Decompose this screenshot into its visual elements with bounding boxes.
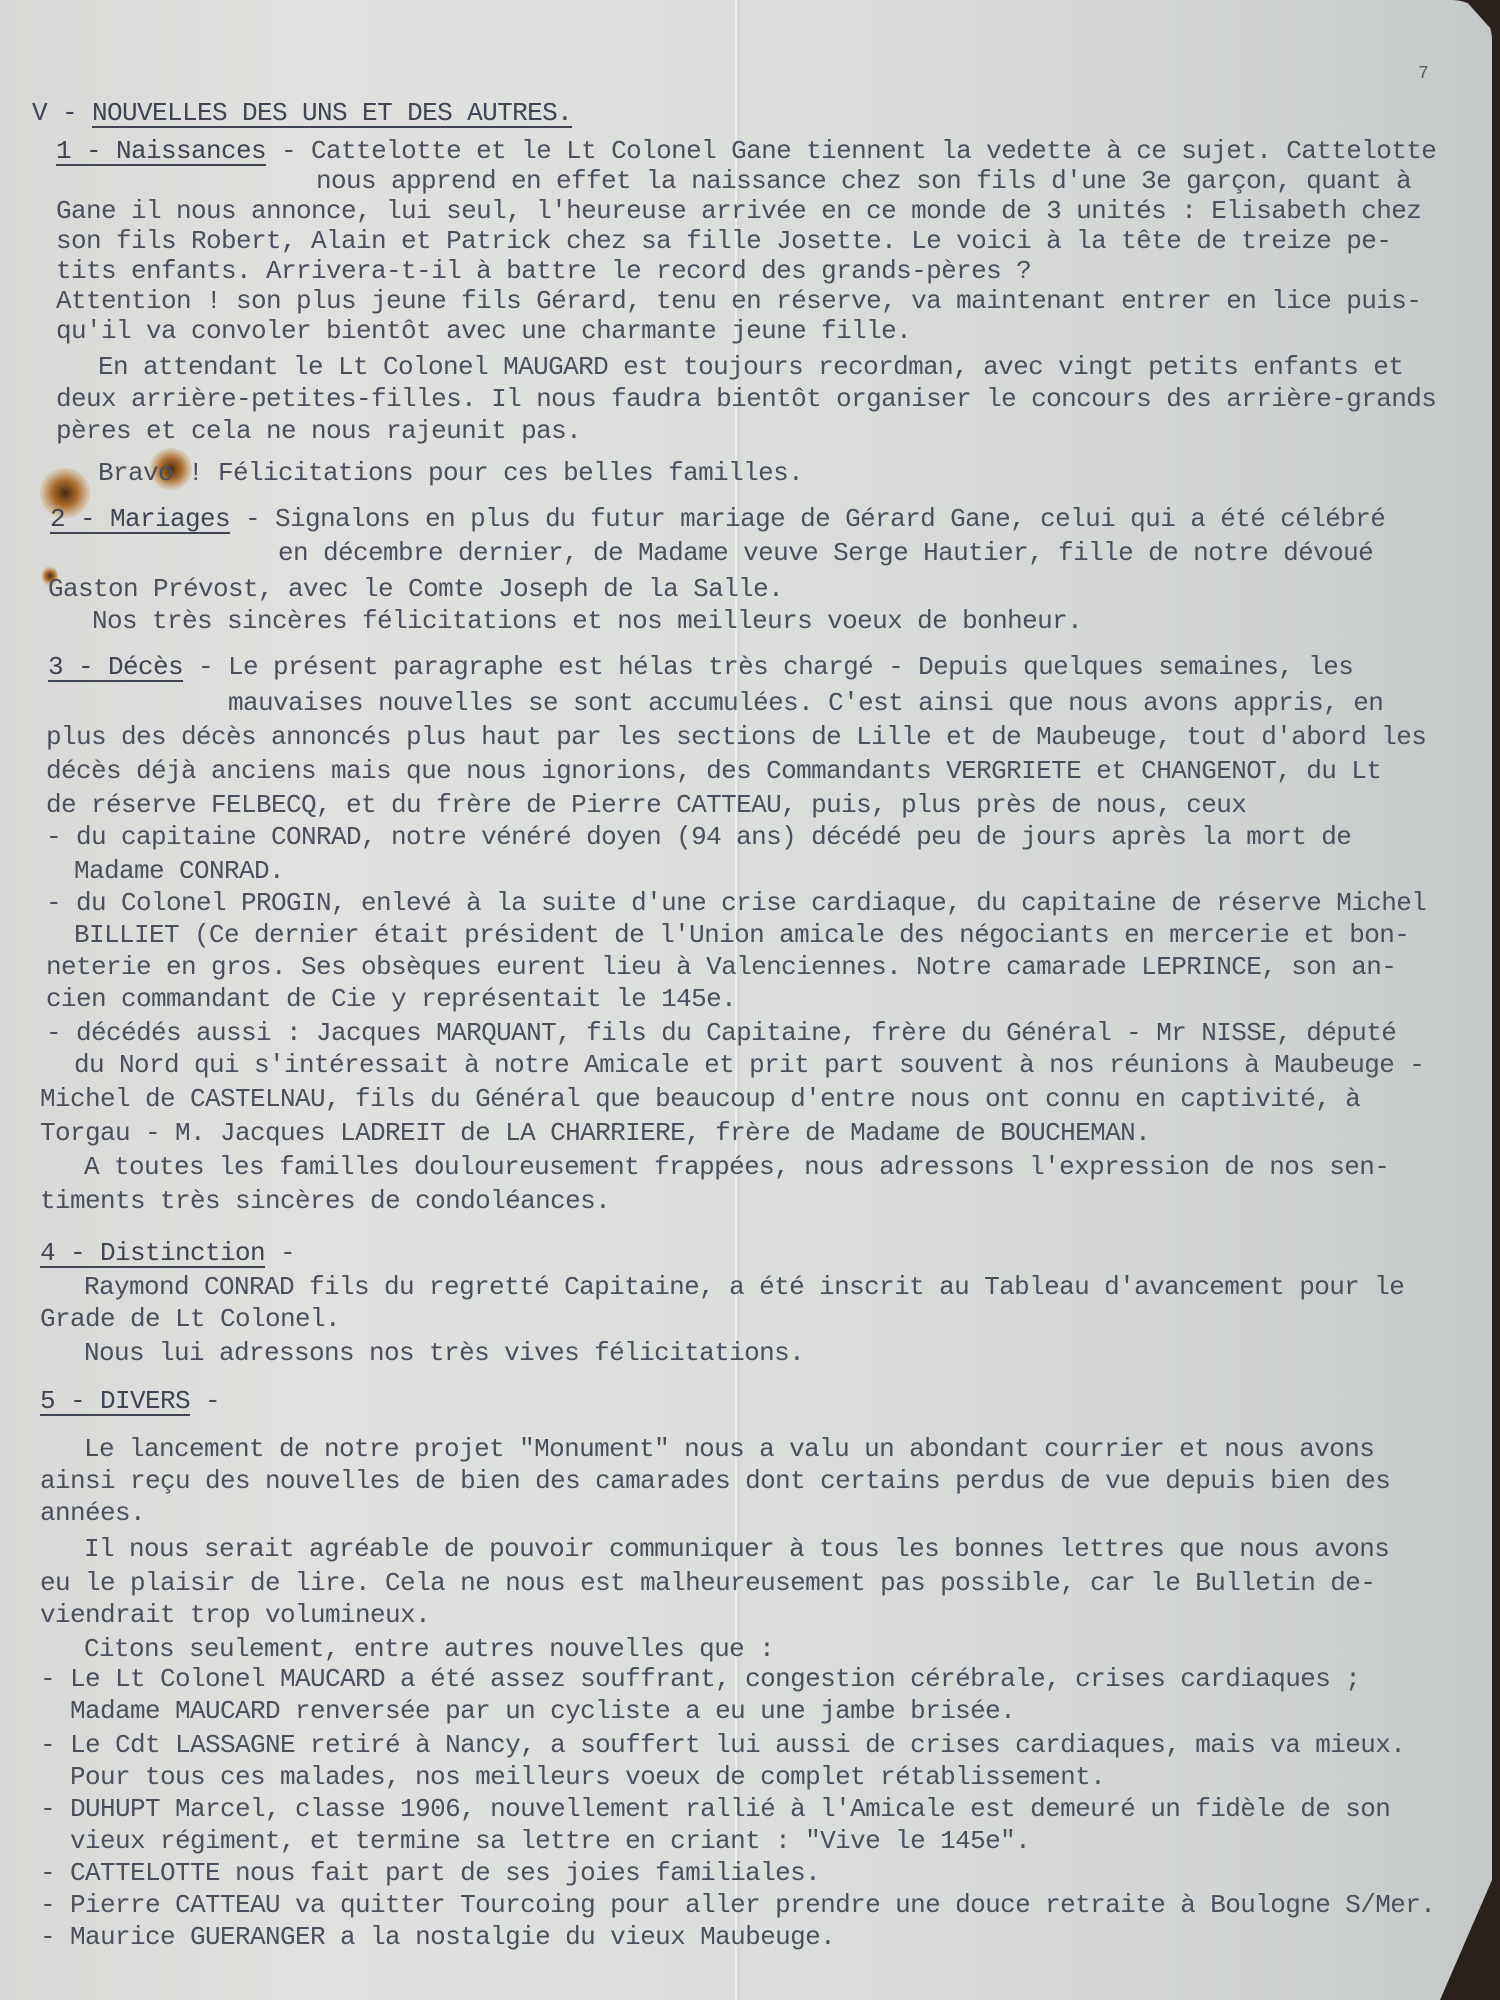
paragraph-line: tits enfants. Arrivera-t-il à battre le … [56, 256, 1031, 286]
paragraph-line: viendrait trop volumineux. [40, 1600, 430, 1630]
paragraph-line: 3 - Décès - Le présent paragraphe est hé… [48, 652, 1353, 682]
paragraph-line: Gaston Prévost, avec le Comte Joseph de … [48, 574, 783, 604]
paragraph-line: - Le Lt Colonel MAUCARD a été assez souf… [40, 1664, 1360, 1694]
paragraph-line: Nos très sincères félicitations et nos m… [92, 606, 1082, 636]
paragraph-line: 5 - DIVERS - [40, 1386, 220, 1416]
paragraph-line: Nous lui adressons nos très vives félici… [84, 1338, 804, 1368]
paragraph-line: deux arrière-petites-filles. Il nous fau… [56, 384, 1436, 414]
paragraph-line: - Pierre CATTEAU va quitter Tourcoing po… [40, 1890, 1435, 1920]
paragraph-line: Madame CONRAD. [74, 856, 284, 886]
paragraph-line: années. [40, 1498, 145, 1528]
heading-mariages: 2 - Mariages [50, 504, 230, 534]
paragraph-line: pères et cela ne nous rajeunit pas. [56, 416, 581, 446]
paragraph-line: - du Colonel PROGIN, enlevé à la suite d… [46, 888, 1426, 918]
paragraph-line: - du capitaine CONRAD, notre vénéré doye… [46, 822, 1351, 852]
paragraph-line: 1 - Naissances - Cattelotte et le Lt Col… [56, 136, 1436, 166]
paragraph-line: eu le plaisir de lire. Cela ne nous est … [40, 1568, 1375, 1598]
paragraph-line: Pour tous ces malades, nos meilleurs voe… [70, 1762, 1105, 1792]
heading-deces: 3 - Décès [48, 652, 183, 682]
paragraph-line: BILLIET (Ce dernier était président de l… [74, 920, 1409, 950]
paragraph-line: nous apprend en effet la naissance chez … [316, 166, 1411, 196]
paragraph-line: En attendant le Lt Colonel MAUGARD est t… [98, 352, 1403, 382]
paragraph-line: Citons seulement, entre autres nouvelles… [84, 1634, 774, 1664]
paragraph-line: - CATTELOTTE nous fait part de ses joies… [40, 1858, 820, 1888]
paragraph-line: décès déjà anciens mais que nous ignorio… [46, 756, 1381, 786]
paragraph-line: 2 - Mariages - Signalons en plus du futu… [50, 504, 1385, 534]
paragraph-line: ainsi reçu des nouvelles de bien des cam… [40, 1466, 1390, 1496]
paragraph-line: - Maurice GUERANGER a la nostalgie du vi… [40, 1922, 835, 1952]
paragraph-line: cien commandant de Cie y représentait le… [46, 984, 736, 1014]
paragraph-line: Il nous serait agréable de pouvoir commu… [84, 1534, 1389, 1564]
heading-distinction: 4 - Distinction [40, 1238, 265, 1268]
paragraph-line: de réserve FELBECQ, et du frère de Pierr… [46, 790, 1246, 820]
paragraph-line: Attention ! son plus jeune fils Gérard, … [56, 286, 1421, 316]
heading-divers: 5 - DIVERS [40, 1386, 190, 1416]
paragraph-line: Michel de CASTELNAU, fils du Général que… [40, 1084, 1360, 1114]
paragraph-line: - Le Cdt LASSAGNE retiré à Nancy, a souf… [40, 1730, 1405, 1760]
paragraph-line: - décédés aussi : Jacques MARQUANT, fils… [46, 1018, 1396, 1048]
paragraph-line: plus des décès annoncés plus haut par le… [46, 722, 1426, 752]
paragraph-line: neterie en gros. Ses obsèques eurent lie… [46, 952, 1396, 982]
paragraph-line: - DUHUPT Marcel, classe 1906, nouvelleme… [40, 1794, 1390, 1824]
paragraph-line: timents très sincères de condoléances. [40, 1186, 610, 1216]
paragraph-line: en décembre dernier, de Madame veuve Ser… [278, 538, 1373, 568]
paragraph-line: Grade de Lt Colonel. [40, 1304, 340, 1334]
heading-naissances: 1 - Naissances [56, 136, 266, 166]
paragraph-line: Raymond CONRAD fils du regretté Capitain… [84, 1272, 1404, 1302]
paragraph-line: mauvaises nouvelles se sont accumulées. … [228, 688, 1383, 718]
document-body: V - NOUVELLES DES UNS ET DES AUTRES. 1 -… [0, 0, 1500, 1980]
paragraph-line: A toutes les familles douloureusement fr… [84, 1152, 1389, 1182]
paragraph-line: vieux régiment, et termine sa lettre en … [70, 1826, 1030, 1856]
paragraph-line: 4 - Distinction - [40, 1238, 295, 1268]
paragraph-line: Le lancement de notre projet "Monument" … [84, 1434, 1374, 1464]
paragraph-line: qu'il va convoler bientôt avec une charm… [56, 316, 911, 346]
paragraph-line: du Nord qui s'intéressait à notre Amical… [74, 1050, 1424, 1080]
paragraph-line: Torgau - M. Jacques LADREIT de LA CHARRI… [40, 1118, 1150, 1148]
paragraph-line: Gane il nous annonce, lui seul, l'heureu… [56, 196, 1421, 226]
paragraph-line: son fils Robert, Alain et Patrick chez s… [56, 226, 1391, 256]
section-title-text: NOUVELLES DES UNS ET DES AUTRES. [92, 98, 572, 128]
section-title: V - NOUVELLES DES UNS ET DES AUTRES. [32, 98, 572, 128]
paragraph-line: Madame MAUCARD renversée par un cycliste… [70, 1696, 1015, 1726]
paragraph-line: Bravo ! Félicitations pour ces belles fa… [98, 458, 803, 488]
